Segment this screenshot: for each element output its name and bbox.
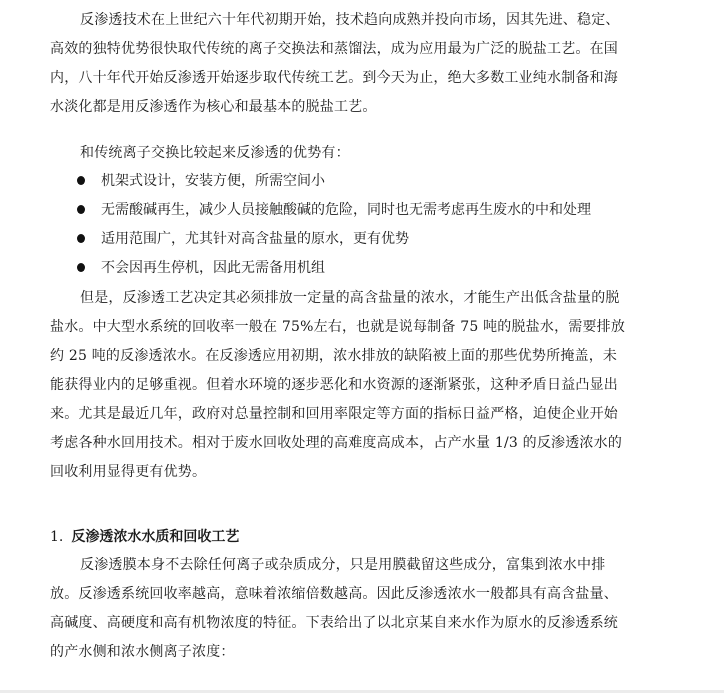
advantage-item: 机架式设计，安装方便，所需空间小 <box>77 172 325 190</box>
paragraph-2-line-3: 约 25 吨的反渗透浓水。在反渗透应用初期，浓水排放的缺陷被上面的那些优势所掩盖… <box>50 347 680 365</box>
paragraph-1-line-1: 反渗透技术在上世纪六十年代初期开始，技术趋向成熟并投向市场，因其先进、稳定、 <box>80 11 680 29</box>
advantage-text: 适用范围广，尤其针对高含盐量的原水，更有优势 <box>101 231 409 247</box>
bullet-icon <box>77 205 85 214</box>
paragraph-1-line-2: 高效的独特优势很快取代传统的离子交换法和蒸馏法，成为应用最为广泛的脱盐工艺。在国 <box>50 40 680 58</box>
paragraph-3-line-3: 高碱度、高硬度和高有机物浓度的特征。下表给出了以北京某自来水作为原水的反渗透系统 <box>50 614 680 632</box>
paragraph-2-line-2: 盐水。中大型水系统的回收率一般在 75%左右，也就是说每制备 75 吨的脱盐水，… <box>50 318 680 336</box>
advantage-text: 无需酸碱再生，减少人员接触酸碱的危险，同时也无需考虑再生废水的中和处理 <box>101 202 591 218</box>
paragraph-1-line-4: 水淡化都是用反渗透作为核心和最基本的脱盐工艺。 <box>50 98 680 116</box>
section-number: 1. <box>50 529 63 545</box>
paragraph-2-line-6: 考虑各种水回用技术。相对于废水回收处理的高难度高成本，占产水量 1/3 的反渗透… <box>50 434 680 452</box>
section-title: 反渗透浓水水质和回收工艺 <box>71 529 239 545</box>
paragraph-2-line-4: 能获得业内的足够重视。但着水环境的逐步恶化和水资源的逐渐紧张，这种矛盾日益凸显出 <box>50 376 680 394</box>
paragraph-1-line-3: 内，八十年代开始反渗透开始逐步取代传统工艺。到今天为止，绝大多数工业纯水制备和海 <box>50 69 680 87</box>
paragraph-2-line-1: 但是，反渗透工艺决定其必须排放一定量的高含盐量的浓水，才能生产出低含盐量的脱 <box>80 289 680 307</box>
paragraph-3-line-1: 反渗透膜本身不去除任何离子或杂质成分，只是用膜截留这些成分，富集到浓水中排 <box>80 556 680 574</box>
advantage-item: 适用范围广，尤其针对高含盐量的原水，更有优势 <box>77 230 409 248</box>
paragraph-2-line-5: 来。尤其是最近几年，政府对总量控制和回用率限定等方面的指标日益严格，迫使企业开始 <box>50 405 680 423</box>
paragraph-2-line-7: 回收利用显得更有优势。 <box>50 463 680 481</box>
section-heading: 1.反渗透浓水水质和回收工艺 <box>50 528 239 546</box>
paragraph-3-line-2: 放。反渗透系统回收率越高，意味着浓缩倍数越高。因此反渗透浓水一般都具有高含盐量、 <box>50 585 680 603</box>
advantage-text: 机架式设计，安装方便，所需空间小 <box>101 173 325 189</box>
bullet-icon <box>77 234 85 243</box>
advantage-item: 不会因再生停机，因此无需备用机组 <box>77 259 325 277</box>
advantages-intro: 和传统离子交换比较起来反渗透的优势有： <box>80 144 680 162</box>
bullet-icon <box>77 263 85 272</box>
advantage-item: 无需酸碱再生，减少人员接触酸碱的危险，同时也无需考虑再生废水的中和处理 <box>77 201 591 219</box>
bullet-icon <box>77 176 85 185</box>
advantage-text: 不会因再生停机，因此无需备用机组 <box>101 260 325 276</box>
document-page: 反渗透技术在上世纪六十年代初期开始，技术趋向成熟并投向市场，因其先进、稳定、 高… <box>0 0 724 690</box>
paragraph-3-line-4: 的产水侧和浓水侧离子浓度： <box>50 643 680 661</box>
